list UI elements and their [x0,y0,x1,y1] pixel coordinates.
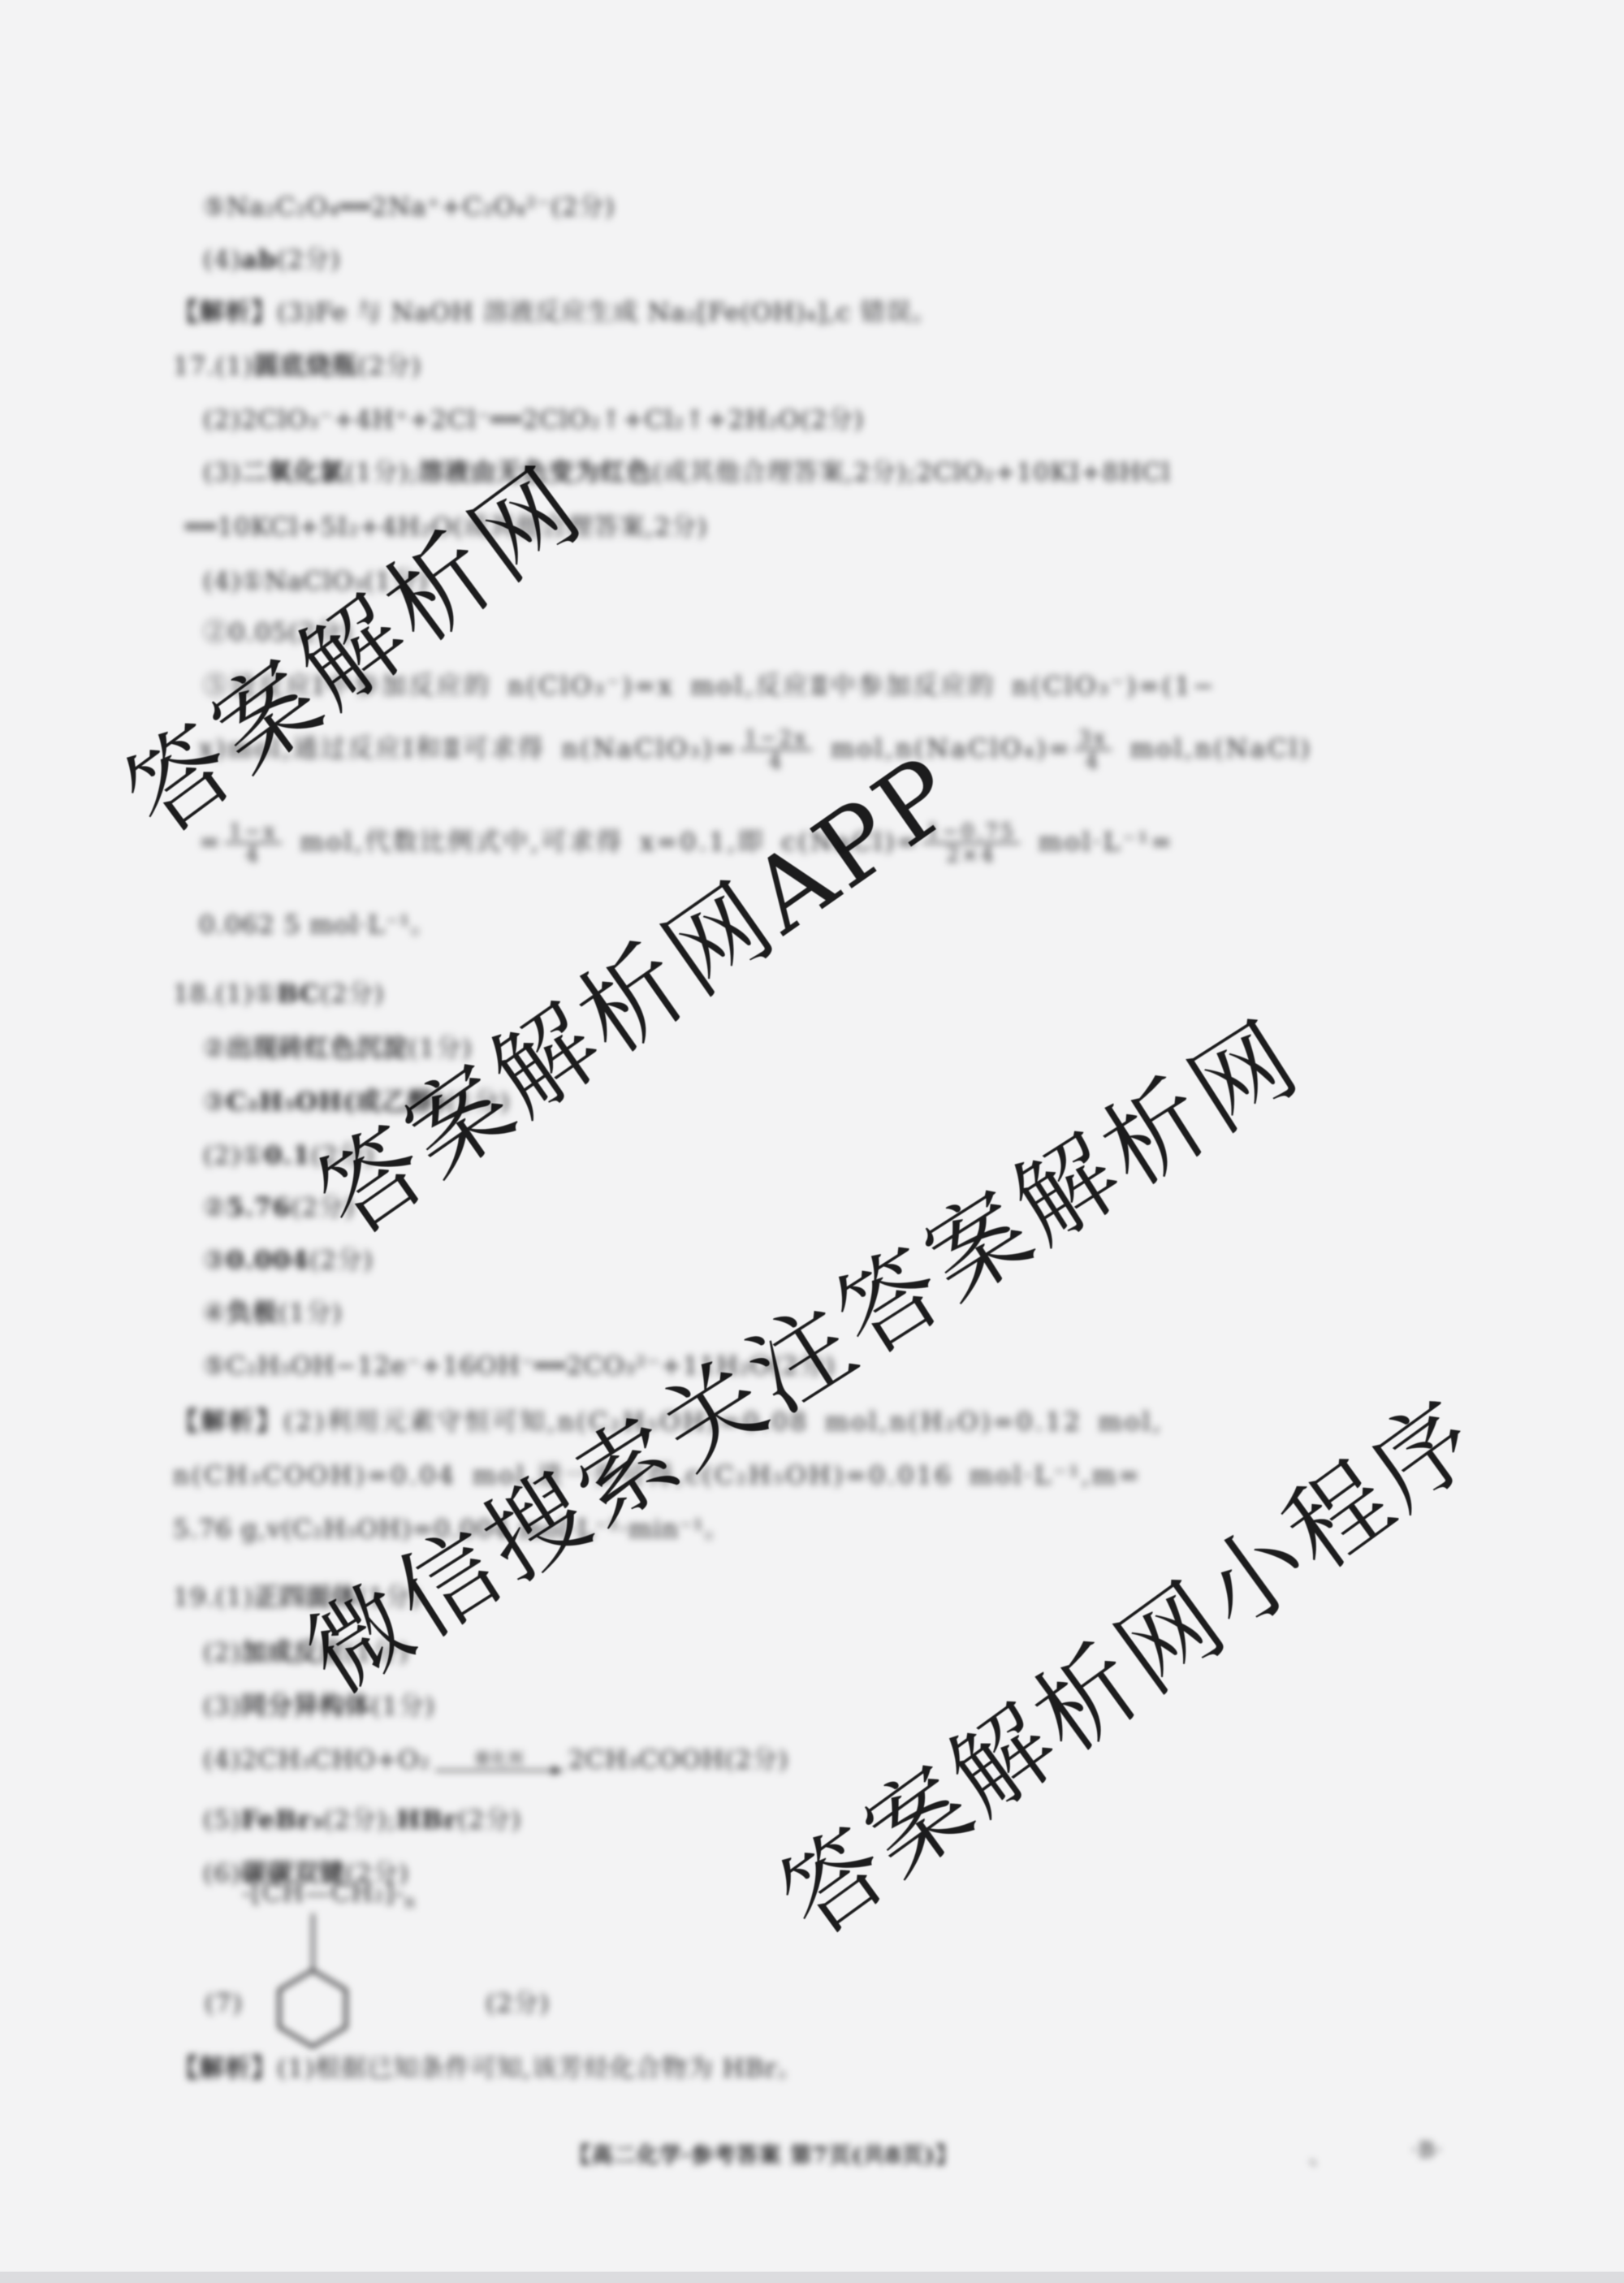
answer-line: 0.062 5 mol·L⁻¹。 [199,910,436,941]
answer-line: ⑤Na₂C₂O₄══2Na⁺+C₂O₄²⁻(2分) [203,192,615,223]
single-bond [312,1913,314,1972]
answer-line: (4)ab(2分) [203,244,341,276]
answer-line: 【解析】(3)Fe 与 NaOH 溶液反应生成 Na₂[Fe(OH)₄],c 错… [173,297,938,329]
watermark-text: 答案解析网小程序 [748,1359,1504,1962]
answer-line: =1−x4 mol,代数比例式中,可求得 x=0.1,即 c(NaCl)=1−0… [199,820,1174,867]
answer-line: 18.(1)①BC(2分) [173,979,384,1010]
fraction: 3x4 [1074,727,1112,773]
answer-line: (7) [205,1988,243,2020]
page-footer: 【高二化学·参考答案 第7页(共8页)】 [568,2138,958,2169]
answer-line: (5)FeBr₃(2分);HBr(2分) [203,1805,521,1836]
benzene-ring-icon [278,1969,348,2048]
answer-line: 、 [1309,2144,1331,2171]
answer-line: (4)2CH₃CHO+O₂催化剂2CH₃COOH(2分) [203,1745,788,1776]
fraction: 1−2x4 [741,727,812,773]
answer-line: ·B· [1411,2138,1443,2164]
answer-line: (2)2ClO₃⁻+4H⁺+2Cl⁻══2ClO₂↑+Cl₂↑+2H₂O(2分) [203,404,864,436]
watermark-text: 答案解析网 [92,426,608,862]
answer-line: ③0.004(2分) [203,1245,374,1277]
answer-line: (3)二氧化氯(1分);溶液由无色变为红色(或其他合理答案,2分);2ClO₂+… [203,457,1171,489]
answer-line: 17.(1)圆底烧瓶(2分) [173,351,421,383]
watermark-text: 答案解析网APP [285,714,983,1263]
answer-line: x)mol,通过反应Ⅰ和Ⅱ可求得 n(NaClO₃)=1−2x4 mol,n(N… [199,727,1312,773]
answer-line: -[CH—CH₂]-n [242,1878,416,1912]
page-edge [0,2272,1624,2283]
exam-answer-page: ⑤Na₂C₂O₄══2Na⁺+C₂O₄²⁻(2分)(4)ab(2分)【解析】(3… [0,0,1624,2283]
answer-line: (2分) [486,1988,550,2020]
fraction: 1−x4 [225,820,282,867]
answer-line: ④负极(1分) [203,1298,343,1330]
reaction-arrow: 催化剂 [435,1751,564,1771]
answer-line: 【解析】(1)根据已知条件可知,该芳烃化合物为 HBr。 [173,2053,803,2085]
answer-line: (3)同分异构体(1分) [203,1691,435,1723]
